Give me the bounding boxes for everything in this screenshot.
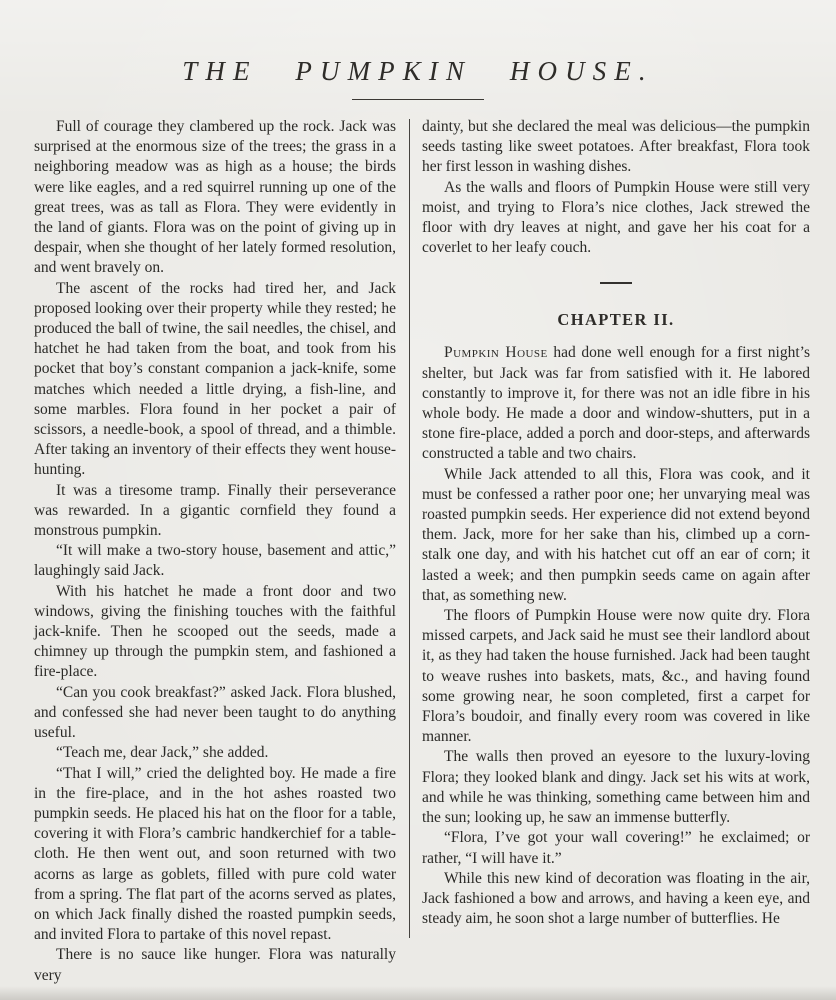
paragraph: There is no sauce like hunger. Flora was… [34, 945, 396, 985]
paragraph: dainty, but she declared the meal was de… [422, 117, 810, 178]
paragraph: Pumpkin House had done well enough for a… [422, 343, 810, 464]
paragraph: “That I will,” cried the delighted boy. … [34, 764, 396, 946]
paragraph: “Teach me, dear Jack,” she added. [34, 743, 396, 763]
right-column-chapter-paragraphs: Pumpkin House had done well enough for a… [422, 343, 810, 929]
paragraph: Full of courage they clambered up the ro… [34, 117, 396, 279]
paragraph: The floors of Pumpkin House were now qui… [422, 606, 810, 747]
paragraph: The ascent of the rocks had tired her, a… [34, 279, 396, 481]
book-page: THE PUMPKIN HOUSE. Full of courage they … [0, 0, 836, 1000]
paragraph: The walls then proved an eyesore to the … [422, 747, 810, 828]
paragraph: It was a tiresome tramp. Finally their p… [34, 481, 396, 542]
right-column-top-paragraphs: dainty, but she declared the meal was de… [422, 117, 810, 258]
paragraph: “It will make a two-story house, basemen… [34, 541, 396, 581]
column-divider-rule [409, 119, 410, 938]
paragraph: “Flora, I’ve got your wall covering!” he… [422, 828, 810, 868]
paragraph: “Can you cook breakfast?” asked Jack. Fl… [34, 683, 396, 744]
chapter-heading: CHAPTER II. [422, 310, 810, 330]
two-column-text-block: Full of courage they clambered up the ro… [34, 117, 810, 986]
paragraph: With his hatchet he made a front door an… [34, 582, 396, 683]
right-column: dainty, but she declared the meal was de… [422, 117, 810, 986]
left-column: Full of courage they clambered up the ro… [34, 117, 396, 986]
paragraph: As the walls and floors of Pumpkin House… [422, 178, 810, 259]
smallcaps-lead: Pumpkin House [444, 344, 548, 361]
page-title: THE PUMPKIN HOUSE. [0, 56, 836, 87]
page-header: THE PUMPKIN HOUSE. [0, 0, 836, 100]
title-divider-rule [352, 99, 484, 100]
paragraph: While Jack attended to all this, Flora w… [422, 465, 810, 606]
section-divider-rule [600, 282, 632, 284]
paragraph: While this new kind of decoration was fl… [422, 869, 810, 930]
